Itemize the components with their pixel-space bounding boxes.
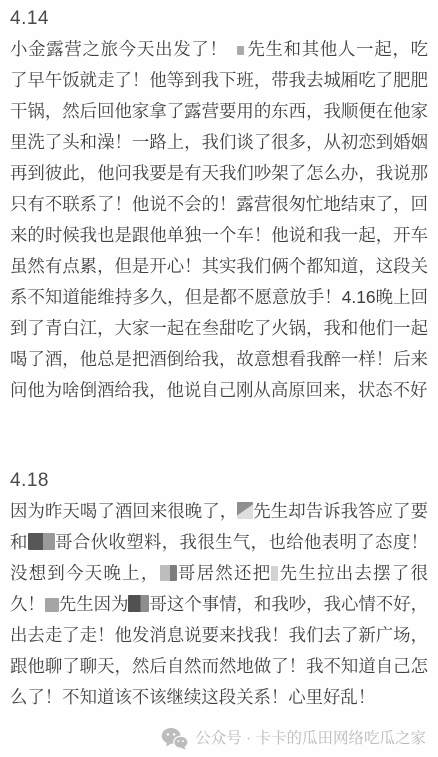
censored-name-block [128,595,149,612]
diary-paragraph: 因为昨天喝了酒回来很晚了，先生却告诉我答应了要和哥合伙收塑料，我很生气，也给他表… [10,496,428,713]
censored-name-block [271,566,278,581]
censored-name-block [45,598,59,612]
censored-name-block [160,565,177,581]
censored-name-block [237,46,244,55]
watermark-text: 公众号 · 卡卡的瓜田网络吃瓜之家 [195,728,426,750]
diary-paragraph: 小金露营之旅今天出发了！先生和其他人一起，吃了早午饭就走了！他等到我下班，带我去… [10,34,428,406]
watermark: 公众号 · 卡卡的瓜田网络吃瓜之家 [10,727,428,750]
censored-name-block [237,502,253,519]
date-heading: 4.14 [10,6,428,32]
date-heading: 4.18 [10,468,428,494]
diary-section: 4.18因为昨天喝了酒回来很晚了，先生却告诉我答应了要和哥合伙收塑料，我很生气，… [10,468,428,713]
diary-section: 4.14小金露营之旅今天出发了！先生和其他人一起，吃了早午饭就走了！他等到我下班… [10,6,428,406]
wechat-icon [161,727,188,750]
diary-sections: 4.14小金露营之旅今天出发了！先生和其他人一起，吃了早午饭就走了！他等到我下班… [10,6,428,713]
diary-page: 4.14小金露营之旅今天出发了！先生和其他人一起，吃了早午饭就走了！他等到我下班… [0,0,438,757]
censored-name-block [28,533,55,550]
